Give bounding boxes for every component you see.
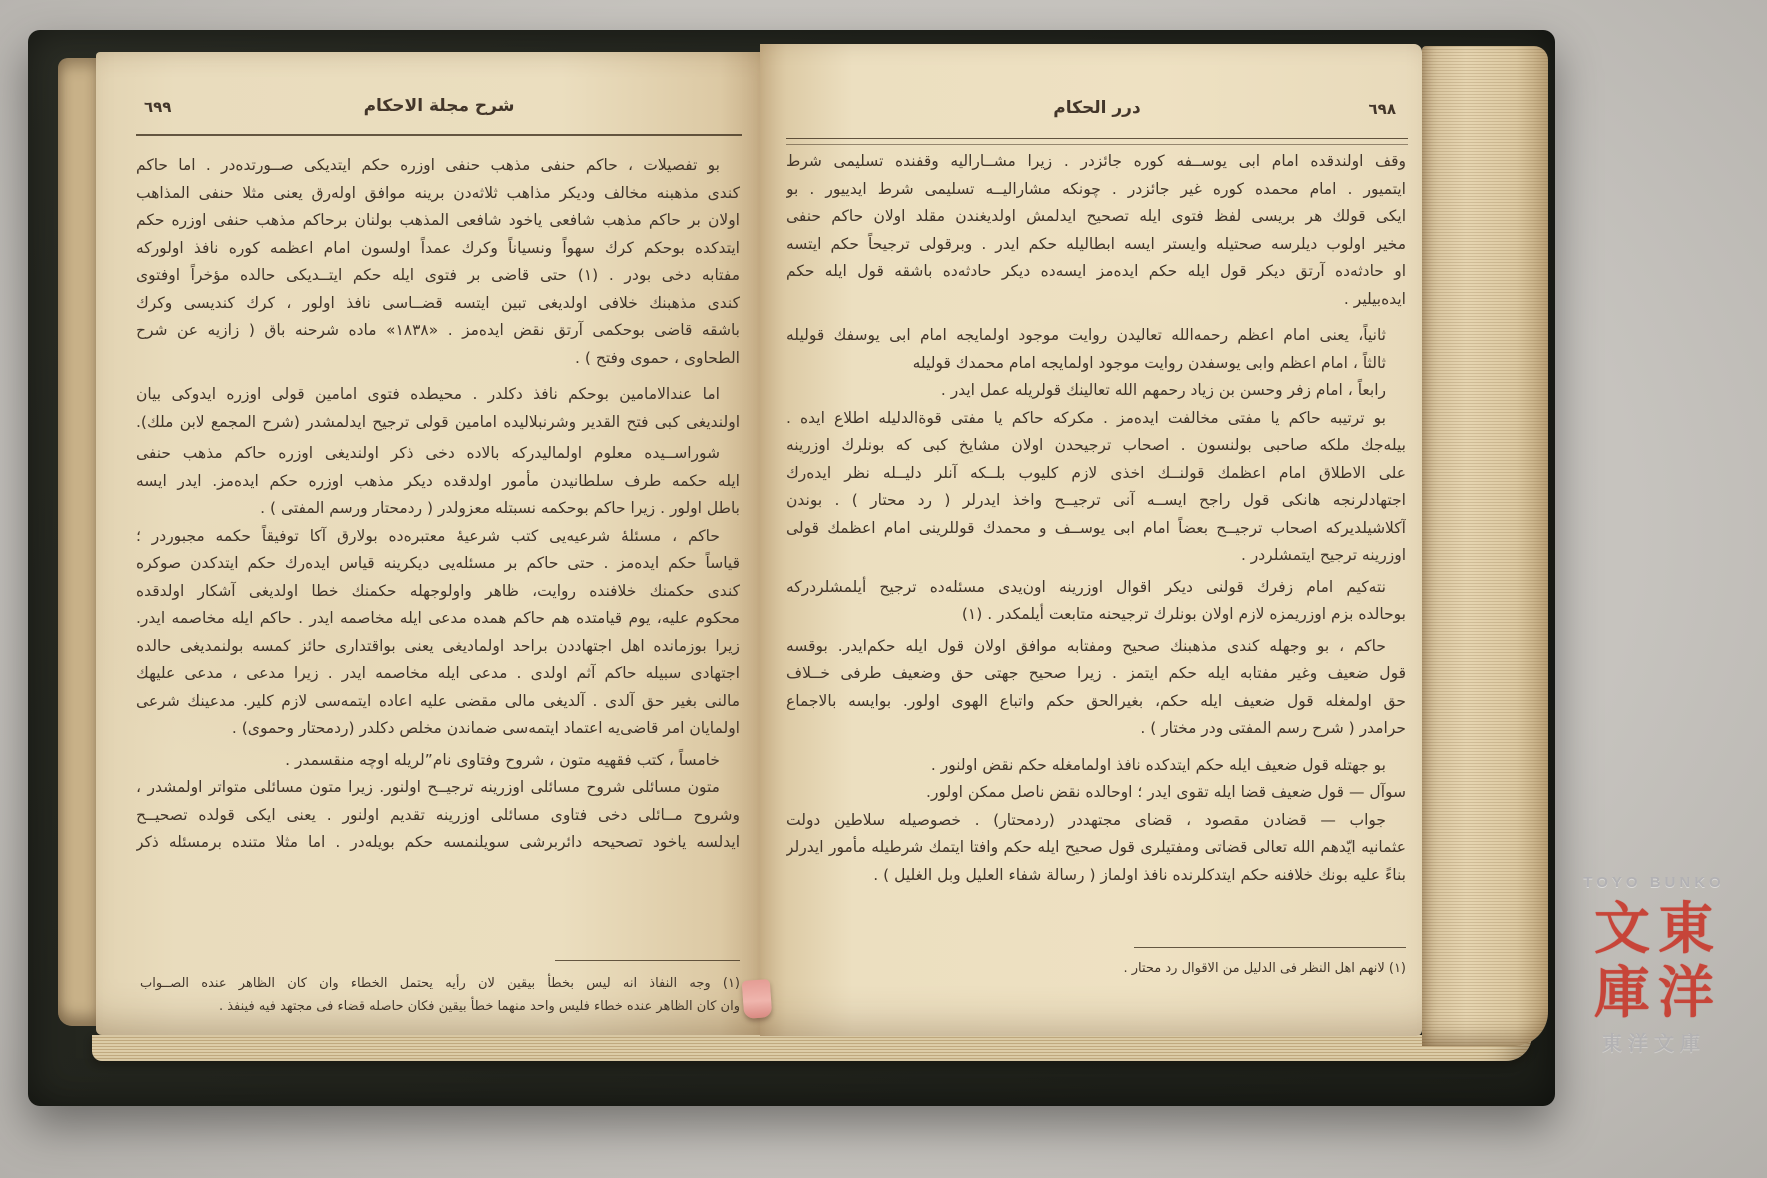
left-page: ٦٩٩ شرح مجلة الاحكام بو تفصيلات ، حاكم ح… [96,52,760,1035]
left-page-title: شرح مجلة الاحكام [138,96,740,116]
text-line: اما عندالامامين بوحكم نافذ دكلدر . محيطد… [136,381,740,409]
text-line: خامساً ، كتب فقهيه متون ، شروح وفتاوى نا… [136,747,740,775]
text-line: الطحاوى ، حموى وفتح ) . [136,345,740,373]
left-page-footnote: (١) وجه النفاذ انه ليس بخطأ بيقين لان رأ… [140,972,740,1018]
text-line: حاكم ، بو وجهله كندى مذهبنك صحيح ومفتابه… [786,633,1406,661]
left-page-header: ٦٩٩ شرح مجلة الاحكام [138,96,740,126]
watermark-kanji-text: 東洋文庫 [1548,1027,1760,1056]
text-line: باطل اولور . زيرا حاكم بوحكمه نسبتله معز… [136,495,740,523]
text-line: قول ضعيف وغير مفتابه ايله حكم ايتمز . زي… [786,660,1406,688]
text-line: رابعاً ، امام زفر وحسن بن زياد رحمهم الل… [786,377,1406,405]
red-seal-stamp: 東 洋 文 庫 [1548,897,1760,1025]
text-line: كندى حكمنك خلافنده روايت، ظاهر واولوجهله… [136,578,740,606]
text-line: باشقه قاضى بوحكمى آرتق نقض ايده‌مز . «١٨… [136,317,740,345]
text-line: ثالثاً ، امام اعظم وابى يوسفدن روايت موج… [786,350,1406,378]
photo-background: ٦٩٩ شرح مجلة الاحكام بو تفصيلات ، حاكم ح… [0,0,1767,1178]
text-line: زيرا بوزمانده اهل اجتهاددن براحد اولمادي… [136,633,740,661]
text-line: حاكم ، مسئلهٔ شرعيه‌يى كتب شرعيهٔ معتبره… [136,523,740,551]
text-line: ايتميور . امام محمده كوره غير جائزدر . چ… [786,176,1406,204]
text-line: ايده‌بيلير . [786,286,1406,314]
text-line: اوزرينه ترجيح ايتمشلردر . [786,542,1406,570]
text-line: وقف اولندقده امام ابى يوســفه كوره جائزد… [786,148,1406,176]
text-line: حق اولمغله قول ضعيف ايله حكم، بغيرالحق ح… [786,688,1406,716]
text-line: مخير اولوب ديلرسه صحتيله وايستر ايسه ابط… [786,231,1406,259]
text-line: آكلاشيلديركه اصحاب ترجيــح بعضاً امام اب… [786,515,1406,543]
text-line: كندى مذهبنك خلافى اولديغى تبين ايتسه قضـ… [136,290,740,318]
footnote-line: (١) لانهم اهل النظر فى الدليل من الاقوال… [786,957,1406,980]
right-footnote-separator [1134,947,1406,948]
text-line: بناءً عليه بونك خلافنه حكم ايتدكلرنده نا… [786,862,1406,890]
text-line: او حادثه‌ده آرتق ديكر قول ايله حكم ايده‌… [786,258,1406,286]
right-page-body: وقف اولندقده امام ابى يوســفه كوره جائزد… [786,148,1406,889]
text-line: حرامدر ( شرح رسم المفتى ودر مختار ) . [786,715,1406,743]
right-page: ٦٩٨ درر الحكام وقف اولندقده امام ابى يوس… [760,44,1422,1036]
text-line: وشروح مــائلى دخى فتاوى مسائلى اوزرينه ت… [136,802,740,830]
seal-column-left: 文 庫 [1594,897,1650,1025]
text-line: نته‌كيم امام زفرك قولنى ديكر اقوال اوزري… [786,574,1406,602]
footnote-line: وان كان الظاهر عنده خطاء فليس واحد منهما… [140,995,740,1018]
text-line: متون مسائلى شروح مسائلى اوزرينه ترجيــح … [136,774,740,802]
right-page-header: ٦٩٨ درر الحكام [788,98,1406,128]
text-line: بو جهتله قول ضعيف ايله حكم ايتدكده نافذ … [786,752,1406,780]
text-line: اولان بر حاكم مذهب شافعى ياخود شافعى الم… [136,207,740,235]
text-line: قياساً حكم ايده‌مز . حتى حاكم بر مسئله‌ي… [136,550,740,578]
text-line: عثمانيه ايّدهم الله تعالى قضاتى ومفتيلرى… [786,834,1406,862]
text-line: ايكى قولك هر بريسى لفظ فتوى ايله تصحيح ا… [786,203,1406,231]
seal-char: 東 [1658,897,1714,961]
seal-char: 庫 [1594,961,1650,1025]
text-line: اولنديغى كبى فتح القدير وشرنبلاليده امام… [136,409,740,437]
text-line: بوحالده بزم اوزريمزه لازم اولان بونلرك ت… [786,601,1406,629]
text-line: ايله حكمه طرف سلطانيدن مأمور اولدقده ديك… [136,468,740,496]
text-line: اولمايان امر قاضى‌يه اعتماد ايتمه‌سى ضما… [136,715,740,743]
left-footnote-separator [555,960,740,961]
watermark-latin-text: TOYO BUNKO [1548,874,1760,891]
text-line: سوآل — قول ضعيف قضا ايله تقوى ايدر ؛ اوح… [786,779,1406,807]
right-page-title: درر الحكام [788,98,1406,118]
text-line: على الاطلاق امام اعظمك قولنــك اخذى لازم… [786,460,1406,488]
left-page-edges [58,58,100,1026]
text-line: محكوم عليه، يوم قيامتده هم حاكم همده مدع… [136,605,740,633]
text-line: بو تفصيلات ، حاكم حنفى مذهب حنفى اوزره ح… [136,152,740,180]
text-line: اجتهادلرنجه هانكى قول راجح ايســه آنى تر… [786,487,1406,515]
bottom-page-edges [92,1035,1532,1061]
text-line: اجتهادى سبيله حاكم آثم اولدى . مدعى ايله… [136,660,740,688]
text-line: ثانياً، يعنى امام اعظم رحمه‌الله تعاليدن… [786,322,1406,350]
text-line: بيله‌جك ملكه صاحبى بولنسون . اصحاب ترجيح… [786,432,1406,460]
text-line: جواب — قضادن مقصود ، قضاى مجتهددر (ردمحت… [786,807,1406,835]
text-line: ايدلسه ياخود تصحيحه دائربرشى سويلنمسه حك… [136,829,740,857]
left-header-rule [136,134,742,136]
text-line: ايتدكده بوحكم كرك سهواً ونسياناً وكرك عم… [136,235,740,263]
right-header-rule [786,138,1408,145]
bookmark-ribbon [742,979,773,1019]
text-line: مفتابه دخى بودر . (١) حتى قاضى بر فتوى ا… [136,262,740,290]
footnote-line: (١) وجه النفاذ انه ليس بخطأ بيقين لان رأ… [140,972,740,995]
left-page-body: بو تفصيلات ، حاكم حنفى مذهب حنفى اوزره ح… [136,152,740,857]
toyo-bunko-watermark: TOYO BUNKO 東 洋 文 庫 東洋文庫 [1548,874,1760,1089]
text-line: بو ترتيبه حاكم يا مفتى مخالفت ايده‌مز . … [786,405,1406,433]
right-page-footnote: (١) لانهم اهل النظر فى الدليل من الاقوال… [786,957,1406,980]
fore-edge-page-stack [1422,46,1548,1046]
text-line: كندى مذهبنه مخالف وديكر مذاهب ثلاثه‌دن ب… [136,180,740,208]
seal-char: 文 [1594,897,1650,961]
seal-column-right: 東 洋 [1658,897,1714,1025]
text-line: شوراســيده معلوم اولماليدركه بالاده دخى … [136,440,740,468]
seal-char: 洋 [1658,961,1714,1025]
text-line: مالنى بغير حق آلدى . آلديغى مالى مقضى عل… [136,688,740,716]
